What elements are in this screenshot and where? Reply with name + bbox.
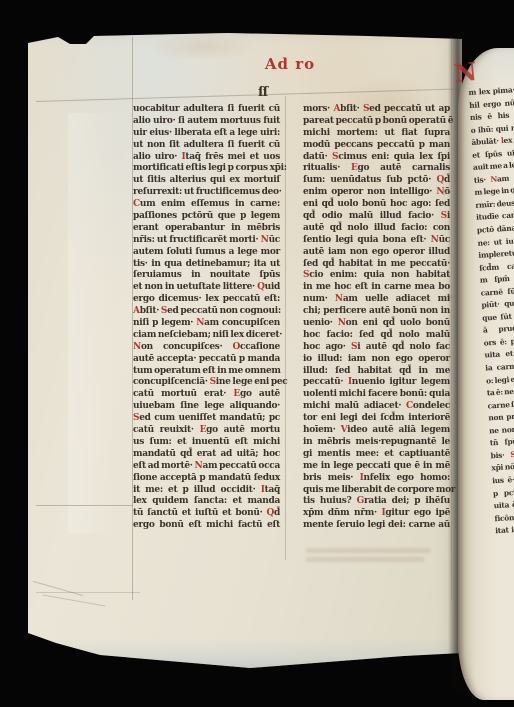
text-line: catū mortuū erat· Ego autē (133, 389, 280, 401)
text-line: reſurrexit: ut fructificemus deo· (133, 187, 280, 199)
text-line: us ſum: et inuentū eſt michi (133, 437, 280, 449)
rubricated-letter: E (200, 425, 207, 435)
rubricated-letter: E (233, 389, 240, 399)
text-column-left: uocabitur adultera ſi fuerit cūalio uiro… (133, 104, 280, 532)
rubricated-letter: S (363, 104, 369, 114)
rubricated-letter: I (261, 485, 265, 495)
text-line: io illud: iam non ego operor (303, 354, 450, 366)
facing-page-edge: m lex pima·rhil ergo nūcnis ē his q̄o ih… (458, 48, 514, 700)
text-line: illud: ſed habitat qd̄ in me (303, 366, 450, 378)
text-line: datū· Scimus eni: quia lex ſpi (303, 152, 450, 164)
text-line: hoīem· Video autē aliā legem (303, 425, 450, 437)
rubricated-letter: V (341, 425, 348, 435)
text-line: me in lege peccati que ē in mē (303, 461, 450, 473)
text-line: ficōnē· Qd̄ ſi (494, 510, 514, 526)
rubricated-letter: I (181, 152, 185, 162)
rubricated-letter: N (335, 294, 343, 304)
text-line: michi mortem: ut fiat ſupra (303, 128, 450, 140)
text-line: in me hoc eſt in carne mea bo (303, 282, 450, 294)
text-line: ut ſitis alterius qui ex mortuiſ (133, 175, 280, 187)
manuscript-photo: { "page": { "running_title": "Ad ro", "m… (0, 0, 514, 707)
text-line: eſt ad mortē· Nam peccatū occa (133, 461, 280, 473)
text-line: eni qd̄ uolo bonū hoc ago: ſed (303, 199, 450, 211)
text-line: ut non ſit adultera ſi fuerit cū (133, 140, 280, 152)
rubricated-letter: A (133, 306, 140, 316)
text-line: uocabitur adultera ſi fuerit cū (133, 104, 280, 116)
rubricated-letter: S (133, 413, 139, 423)
text-line: peccatū· Inuenio igitur legem (303, 377, 450, 389)
text-line: catū reuixit· Ego autē mortu (133, 425, 280, 437)
text-line: Scio enim: quia non habitat (303, 270, 450, 282)
text-line: mandatū qd̄ erat ad uitā; hoc (133, 449, 280, 461)
text-line: hoc facio: ſed qd̄ nolo malū (303, 330, 450, 342)
text-line: tor eni legi dei ſcd̄m interiorē (303, 413, 450, 425)
text-line: in mēbris meis·repugnantē le (303, 437, 450, 449)
text-line: hoc ago· Si autē qd̄ nolo fac (303, 342, 450, 354)
text-line: ſentio legi quia bona eſt· Nūc (303, 235, 450, 247)
parchment-crease (68, 113, 138, 533)
rubricated-letter: Q (436, 175, 444, 185)
rubricated-letter: N (431, 235, 439, 245)
text-line: ia carnis ini (485, 360, 514, 376)
text-line: ius ē· Si aūt (492, 472, 514, 488)
text-line: ciam neſciebam; niſi lex diceret· (133, 330, 280, 342)
text-line: it me: et p illud occidit· Itaq̄ (133, 485, 280, 497)
rubricated-letter: C (133, 199, 140, 209)
rubricated-letter: N (261, 235, 269, 245)
text-line: bis· Si quis (490, 447, 514, 463)
rubricated-letter: S (332, 152, 338, 162)
text-line: ta ē: nec eī pōt (486, 385, 514, 401)
text-line: nr̄is: ut fructificarēt morti· Nūc (133, 235, 280, 247)
text-line: mors· Abſit· Sed peccatū ut ap (303, 104, 450, 116)
text-line: lex quidem ſancta: et manda (133, 496, 280, 508)
text-line: mente ſeruio legi dei: carne aū (303, 520, 450, 532)
rubricated-letter: Q (266, 508, 274, 518)
text-line: pareat peccatū p bonū operatū ē (303, 116, 450, 128)
rubricated-letter: N (195, 461, 203, 471)
text-line: Non concupiſces· Occaſione (133, 342, 280, 354)
text-line: tum operatum eſt in me omnem (133, 366, 280, 378)
rubricated-letter: Q (257, 282, 265, 292)
text-line: uolenti michi facere bonū: quia (303, 389, 450, 401)
ruling-line-bottom-stub (36, 592, 140, 593)
text-line: ſed qd̄ habitat in me peccatū· (303, 259, 450, 271)
rubricated-letter: S (441, 211, 447, 221)
rubric-initial: N (453, 59, 478, 86)
text-line: uiuebam ſine lege aliquando· (133, 401, 280, 413)
text-line: uenio· Non eni qd̄ uolo bonū (303, 318, 450, 330)
rubricated-letter: S (303, 270, 309, 280)
rubricated-letter: A (333, 104, 340, 114)
rubricated-letter: I (360, 473, 364, 483)
text-line: alio uiro· Itaq̄ frēs mei et uos (133, 152, 280, 164)
text-line: niſi p legem· Nam concupiſcen (133, 318, 280, 330)
text-line: autē accepta· peccatū p manda (133, 354, 280, 366)
running-title: Ad ro (240, 55, 340, 73)
rubricated-letter: l (501, 136, 504, 145)
text-line: uir eius· liberata eſt a lege uiri: (133, 128, 280, 140)
text-line: tū ſanctū et iuſtū et bonū· Qd̄ (133, 508, 280, 520)
text-line: chi; perficere autē bonū non in (303, 306, 450, 318)
text-line: autē iam non ego operor illud (303, 247, 450, 259)
facing-text-column: m lex pima·rhil ergo nūcnis ē his q̄o ih… (468, 84, 514, 538)
rubricated-letter: S (210, 377, 216, 387)
text-line: tn̄ ſpūs dei (490, 435, 514, 451)
text-line: concupiſcenciā· Sine lege eni pec (133, 377, 280, 389)
rubricated-letter: S (161, 306, 167, 316)
text-line: ergo bonū eſt michi factū eſt (133, 520, 280, 532)
text-line: non pnt· Vos (488, 410, 514, 426)
text-line: ſione acceptā p mandatū ſedux (133, 473, 280, 485)
rubricated-letter: S (351, 342, 357, 352)
rubricated-letter: N (133, 342, 141, 352)
rubricated-letter: N (490, 174, 497, 183)
text-line: modū peccans peccatū p man (303, 140, 450, 152)
text-line: Sed cum ueniſſet mandatū; pc (133, 413, 280, 425)
text-line: p pctō mor (493, 485, 514, 501)
ascender-flourish: ſſ (258, 85, 267, 100)
ruling-line-left-stub (36, 505, 133, 506)
text-line: erant operabantur in mēbris (133, 223, 280, 235)
ghost-text-offset (306, 548, 430, 553)
rubricated-letter: I (381, 508, 385, 518)
pencil-mark: 35 (441, 187, 451, 196)
text-line: ſeruiamus in nouitate ſpūs (133, 270, 280, 282)
text-line: enim operor non intelligo· Nō (303, 187, 450, 199)
text-line: gi mentis mee: et captiuantē (303, 449, 450, 461)
rubricated-letter: C (406, 401, 413, 411)
text-line: alio uiro· ſi autem mortuus fuit (133, 116, 280, 128)
text-line: ne non eſtis: (489, 422, 514, 438)
text-line: et non in uetuſtate littere· Quid (133, 282, 280, 294)
text-line: ergo dicemus· lex peccatū eſt: (133, 294, 280, 306)
text-line: mortificati eſtis legi p corpus xp̄i: (133, 163, 280, 175)
rubricated-letter: O (232, 342, 240, 352)
text-line: itat in uobis· (495, 522, 514, 538)
text-line: autē qd̄ nolo illud facio: con (303, 223, 450, 235)
text-line: qd̄ odio malū illud facio· Si (303, 211, 450, 223)
rubricated-letter: G (357, 496, 364, 506)
text-line: num· Nam uelle adiacet mi (303, 294, 450, 306)
text-line: paſſiones pctōrū que p legem (133, 211, 280, 223)
text-line: michi malū adiacet· Condelec (303, 401, 450, 413)
text-line: quis me liberabit de corpore mor (303, 485, 450, 497)
text-line: Cum enim eſſemus in carne: (133, 199, 280, 211)
ghost-text-offset (306, 557, 424, 562)
text-line: tis huius? Gratia dei; p ihēſu (303, 496, 450, 508)
text-line: tis· in qua detinebamur; ita ut (133, 259, 280, 271)
text-line: ritualis· Ego autē carnalis (303, 163, 450, 175)
text-line: autem ſoluti ſumus a lege mor (133, 247, 280, 259)
text-line: bris meis· Infelix ego homo: (303, 473, 450, 485)
rubricated-letter: S (510, 450, 514, 459)
rubricated-letter: N (338, 318, 346, 328)
text-line: uita ē p iuſti (493, 497, 514, 513)
rubricated-letter: N (196, 318, 204, 328)
text-line: ſum: uenūdatus ſub pctō· Qd̄ (303, 175, 450, 187)
text-line: xp̄i nō habet: (491, 460, 514, 476)
text-line: xp̄m dn̄m nr̄m· Igitur ego ipē (303, 508, 450, 520)
rubricated-letter: I (348, 377, 352, 387)
text-line: Abſit· Sed peccatū non cognoui: (133, 306, 280, 318)
rubricated-letter: E (351, 163, 358, 173)
text-column-right: mors· Abſit· Sed peccatū ut appareat pec… (303, 104, 450, 532)
